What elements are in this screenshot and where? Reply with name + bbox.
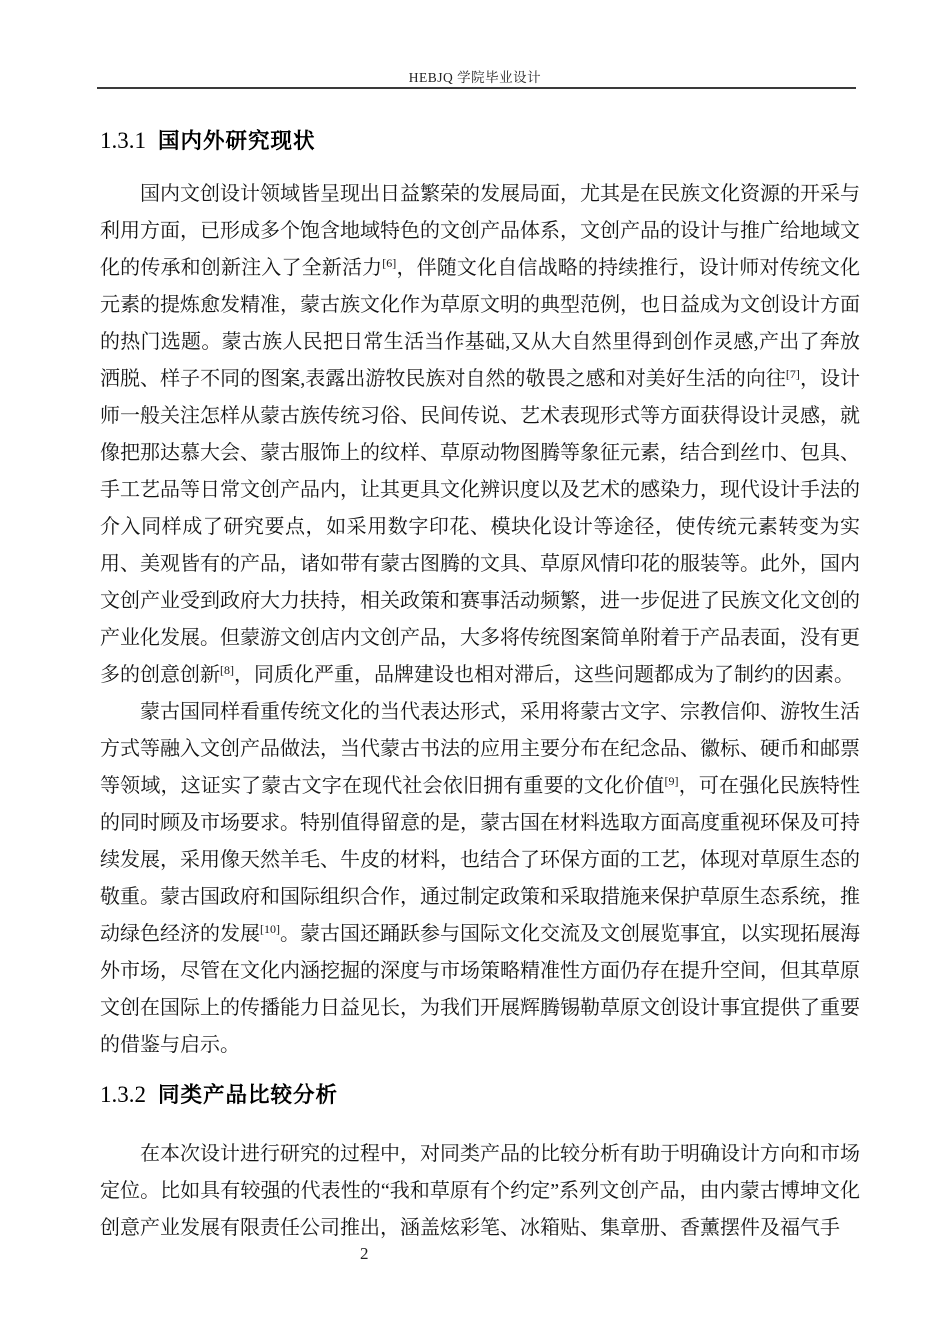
header-divider bbox=[97, 87, 856, 89]
body-paragraph: 在本次设计进行研究的过程中，对同类产品的比较分析有助于明确设计方向和市场定位。比… bbox=[100, 1136, 860, 1247]
page-number: 2 bbox=[360, 1244, 369, 1264]
citation-ref: [7] bbox=[786, 367, 800, 381]
citation-ref: [10] bbox=[260, 922, 280, 936]
section-number: 1.3.1 bbox=[100, 128, 146, 153]
citation-ref: [8] bbox=[220, 663, 234, 677]
header-title: HEBJQ 学院毕业设计 bbox=[409, 70, 541, 85]
section-title: 国内外研究现状 bbox=[158, 129, 316, 154]
text-run: ，可在强化民族特性的同时顾及市场要求。特别值得留意的是，蒙古国在材料选取方面高度… bbox=[100, 775, 860, 945]
body-paragraph: 蒙古国同样看重传统文化的当代表达形式，采用将蒙古文字、宗教信仰、游牧生活方式等融… bbox=[100, 694, 860, 1064]
text-run: ，设计师一般关注怎样从蒙古族传统习俗、民间传说、艺术表现形式等方面获得设计灵感，… bbox=[100, 368, 860, 686]
text-run: ，同质化严重，品牌建设也相对滞后，这些问题都成为了制约的因素。 bbox=[234, 664, 854, 686]
citation-ref: [9] bbox=[665, 774, 679, 788]
section-title: 同类产品比较分析 bbox=[158, 1083, 338, 1108]
body-paragraph: 国内文创设计领域皆呈现出日益繁荣的发展局面，尤其是在民族文化资源的开采与利用方面… bbox=[100, 176, 860, 694]
citation-ref: [6] bbox=[382, 256, 396, 270]
document-page: HEBJQ 学院毕业设计 1.3.1国内外研究现状 国内文创设计领域皆呈现出日益… bbox=[0, 0, 950, 1344]
section-number: 1.3.2 bbox=[100, 1082, 146, 1107]
page-header: HEBJQ 学院毕业设计 bbox=[0, 66, 950, 86]
text-run: 在本次设计进行研究的过程中，对同类产品的比较分析有助于明确设计方向和市场定位。比… bbox=[100, 1143, 860, 1239]
section-heading-1-3-2: 1.3.2同类产品比较分析 bbox=[100, 1078, 860, 1109]
section-heading-1-3-1: 1.3.1国内外研究现状 bbox=[100, 124, 860, 155]
